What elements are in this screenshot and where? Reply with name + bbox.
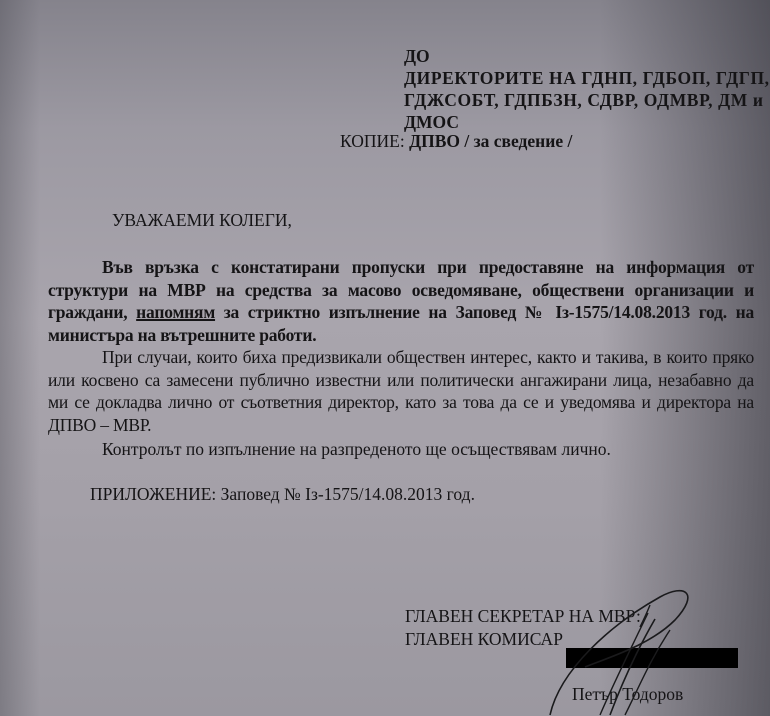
scanned-letter: ДО ДИРЕКТОРИТЕ НА ГДНП, ГДБОП, ГДГП, ГДЖ… (0, 0, 770, 716)
salutation: УВАЖАЕМИ КОЛЕГИ, (112, 209, 292, 231)
signatory-title-2: ГЛАВЕН КОМИСАР (405, 628, 563, 650)
signatory-name: Петър Тодоров (572, 683, 683, 705)
copy-line: КОПИЕ: ДПВО / за сведение / (340, 130, 572, 152)
copy-label: КОПИЕ: (340, 131, 405, 151)
copy-value: ДПВО / за сведение / (409, 131, 572, 151)
addressee-line-1: ДИРЕКТОРИТЕ НА ГДНП, ГДБОП, ГДГП, (404, 67, 770, 89)
paragraph-1: Във връзка с констатирани пропуски при п… (48, 256, 754, 346)
addressee-line-2: ГДЖСОБТ, ГДПБЗН, СДВР, ОДМВР, ДМ и (404, 89, 764, 111)
redaction-bar (566, 648, 738, 668)
paragraph-2: При случаи, които биха предизвикали обще… (48, 346, 754, 436)
signatory-title-1: ГЛАВЕН СЕКРЕТАР НА МВР: (405, 605, 641, 627)
paragraph-2-text: При случаи, които биха предизвикали обще… (48, 347, 754, 435)
attachment-line: ПРИЛОЖЕНИЕ: Заповед № Із-1575/14.08.2013… (90, 483, 475, 505)
paragraph-3: Контролът по изпълнение на разпреденото … (102, 438, 611, 460)
emphasis-remind: напомням (136, 302, 215, 322)
addressee-to: ДО (404, 45, 430, 67)
